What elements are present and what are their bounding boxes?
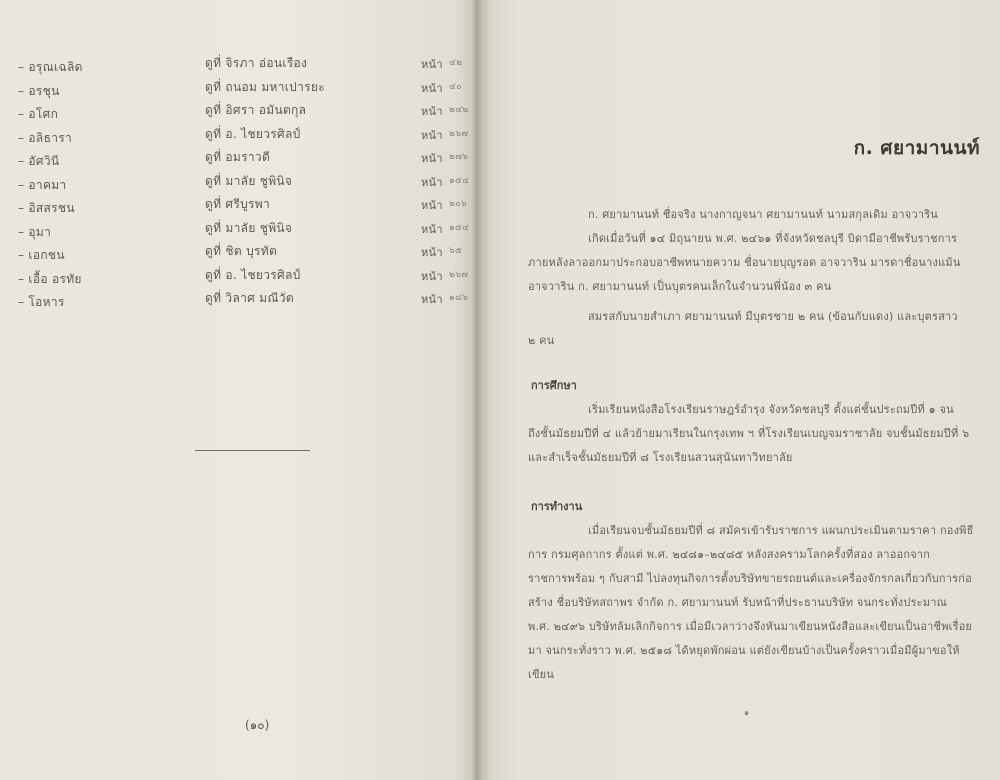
index-page-number: ๑๕๔ xyxy=(449,220,469,234)
work-heading: การทำงาน xyxy=(531,497,582,515)
section-divider-rule xyxy=(195,450,310,451)
pseudonym-index-list: – อรุณเฉลิด ดูที่ จิรภา อ่อนเรือง หน้า ๔… xyxy=(0,58,478,317)
index-page-label: หน้า xyxy=(421,196,443,214)
index-term: – อรุณเฉลิด xyxy=(18,58,83,77)
index-author: ดูที่ ถนอม มหาเปารยะ xyxy=(205,78,325,97)
index-author: ดูที่ ชิต บุรทัต xyxy=(205,242,277,261)
text-line: สร้าง ชื่อบริษัทสถาพร จำกัด ก. ศยามานนท์… xyxy=(528,591,968,615)
index-row: – โอหาร ดูที่ วิลาศ มณีวัต หน้า ๑๘๖ xyxy=(0,293,478,317)
index-author: ดูที่ มาลัย ชูพินิจ xyxy=(205,219,292,238)
intro-paragraph: ก. ศยามานนท์ ชื่อจริง นางกาญจนา ศยามานนท… xyxy=(528,203,968,353)
left-page: – อรุณเฉลิด ดูที่ จิรภา อ่อนเรือง หน้า ๔… xyxy=(0,0,478,780)
index-term: – อโศก xyxy=(18,105,58,124)
index-author: ดูที่ อมราวดี xyxy=(205,148,270,167)
index-page-label: หน้า xyxy=(421,243,443,261)
index-author: ดูที่ อิศรา อมันตกุล xyxy=(205,101,306,120)
text-line: ภายหลังลาออกมาประกอบอาชีพทนายความ ชื่อนา… xyxy=(528,251,968,275)
left-page-number: (๑๐) xyxy=(245,716,269,735)
text-line: เริ่มเรียนหนังสือโรงเรียนราษฎร์อำรุง จัง… xyxy=(528,398,968,422)
index-page-number: ๔๐ xyxy=(449,79,462,93)
index-author: ดูที่ วิลาศ มณีวัต xyxy=(205,289,294,308)
education-paragraph: เริ่มเรียนหนังสือโรงเรียนราษฎร์อำรุง จัง… xyxy=(528,398,968,470)
index-page-label: หน้า xyxy=(421,173,443,191)
index-term: – เอกชน xyxy=(18,246,65,265)
education-heading: การศึกษา xyxy=(531,376,577,394)
text-line: ถึงชั้นมัธยมปีที่ ๔ แล้วย้ายมาเรียนในกรุ… xyxy=(528,422,968,446)
text-line: การ กรมศุลกากร ตั้งแต่ พ.ศ. ๒๔๘๑–๒๔๘๕ หล… xyxy=(528,543,968,567)
index-page-label: หน้า xyxy=(421,102,443,120)
index-page-label: หน้า xyxy=(421,220,443,238)
text-line: เกิดเมื่อวันที่ ๑๔ มิถุนายน พ.ศ. ๒๔๖๑ ที… xyxy=(528,227,968,251)
index-author: ดูที่ มาลัย ชูพินิจ xyxy=(205,172,292,191)
index-page-label: หน้า xyxy=(421,55,443,73)
text-line: สมรสกับนายสำเภา ศยามานนท์ มีบุตรชาย ๒ คน… xyxy=(528,305,968,329)
author-title: ก. ศยามานนท์ xyxy=(854,133,980,163)
index-page-number: ๒๐๖ xyxy=(449,196,467,210)
index-page-number: ๑๘๖ xyxy=(449,290,468,304)
index-page-number: ๒๔๒ xyxy=(449,102,469,116)
index-term: – อาคมา xyxy=(18,176,67,195)
text-line: มา จนกระทั่งราว พ.ศ. ๒๕๑๘ ได้หยุดพักผ่อน… xyxy=(528,639,968,663)
index-page-number: ๒๗๖ xyxy=(449,149,468,163)
text-line: และสำเร็จชั้นมัธยมปีที่ ๘ โรงเรียนสวนสุน… xyxy=(528,446,968,470)
text-line: ราชการพร้อม ๆ กับสามี ไปลงทุนกิจการตั้งบ… xyxy=(528,567,968,591)
index-term: – อิสสรชน xyxy=(18,199,75,218)
index-page-label: หน้า xyxy=(421,79,443,97)
index-author: ดูที่ อ. ไชยวรศิลป์ xyxy=(205,266,301,285)
index-author: ดูที่ จิรภา อ่อนเรือง xyxy=(205,54,307,73)
book-gutter xyxy=(470,0,484,780)
text-line: พ.ศ. ๒๔๙๖ บริษัทล้มเลิกกิจการ เมื่อมีเวล… xyxy=(528,615,968,639)
index-page-number: ๒๖๗ xyxy=(449,267,468,281)
text-line: ก. ศยามานนท์ ชื่อจริง นางกาญจนา ศยามานนท… xyxy=(528,203,968,227)
index-page-label: หน้า xyxy=(421,149,443,167)
right-page: ก. ศยามานนท์ ก. ศยามานนท์ ชื่อจริง นางกา… xyxy=(478,0,1000,780)
index-author: ดูที่ อ. ไชยวรศิลป์ xyxy=(205,125,301,144)
text-line: ๒ คน xyxy=(528,329,968,353)
index-page-number: ๒๖๗ xyxy=(449,126,468,140)
index-term: – อัศวินี xyxy=(18,152,59,171)
index-term: – เอื้อ อรทัย xyxy=(18,270,82,289)
index-page-number: ๑๕๔ xyxy=(449,173,469,187)
index-page-label: หน้า xyxy=(421,267,443,285)
index-page-label: หน้า xyxy=(421,126,443,144)
index-term: – โอหาร xyxy=(18,293,65,312)
index-author: ดูที่ ศรีบูรพา xyxy=(205,195,270,214)
text-line: เมื่อเรียนจบชั้นมัธยมปีที่ ๘ สมัครเข้ารั… xyxy=(528,519,968,543)
index-term: – อุมา xyxy=(18,223,51,242)
text-line: เขียน xyxy=(528,663,968,687)
index-page-label: หน้า xyxy=(421,290,443,308)
index-page-number: ๖๕ xyxy=(449,243,462,257)
index-page-number: ๔๒ xyxy=(449,55,462,69)
work-paragraph: เมื่อเรียนจบชั้นมัธยมปีที่ ๘ สมัครเข้ารั… xyxy=(528,519,968,687)
index-term: – อรชุน xyxy=(18,82,60,101)
right-page-number: ๑ xyxy=(744,706,749,719)
index-term: – อลิธารา xyxy=(18,129,72,148)
text-line: อาจวาริน ก. ศยามานนท์ เป็นบุตรคนเล็กในจำ… xyxy=(528,275,968,299)
